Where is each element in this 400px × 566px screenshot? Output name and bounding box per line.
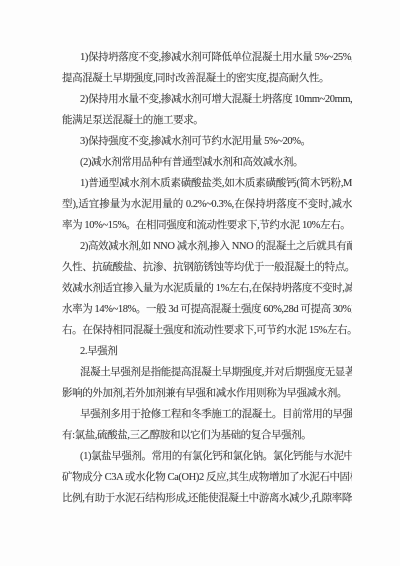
scanned-document-page: 1)保持坍落度不变,掺减水剂可降低单位混凝土用水量 5%~25%, 提高混凝土早…	[0, 0, 400, 566]
text-line: 2)保持用水量不变,掺减水剂可增大混凝土坍落度 10mm~20mm,	[62, 89, 352, 110]
paragraph: 2.早强剂	[62, 341, 352, 362]
text-line: 混凝土早强剂是指能提高混凝土早期强度,并对后期强度无显著	[62, 362, 352, 383]
text-line: 2)高效减水剂,如 NNO 减水剂,掺入 NNO 的混凝土之后就具有耐	[62, 236, 352, 257]
text-line: 1)保持坍落度不变,掺减水剂可降低单位混凝土用水量 5%~25%,	[62, 47, 352, 68]
text-line: 影响的外加剂,若外加剂兼有早强和减水作用则称为早强减水剂。	[62, 383, 352, 404]
text-line: 提高混凝土早期强度,同时改善混凝土的密实度,提高耐久性。	[62, 68, 352, 89]
text-line: 率为 10%~15%。在相同强度和流动性要求下,节约水泥 10%左右。	[62, 215, 352, 236]
text-line: (2)减水剂常用品种有普通型减水剂和高效减水剂。	[62, 152, 352, 173]
text-line: 水率为 14%~18%。一般 3d 可提高混凝土强度 60%,28d 可提高 3…	[62, 299, 352, 320]
paragraph: (1)氯盐早强剂。常用的有氯化钙和氯化钠。氯化钙能与水泥中 矿物成分 C3A 或…	[62, 446, 352, 509]
text-line: 效减水剂适宜掺入量为水泥质量的 1%左右,在保持坍落度不变时,减	[62, 278, 352, 299]
paragraph: 3)保持强度不变,掺减水剂可节约水泥用量 5%~20%。	[62, 131, 352, 152]
text-line: 有:氯盐,硫酸盐,三乙醇胺和以它们为基础的复合早强剂。	[62, 425, 352, 446]
paragraph: 早强剂多用于抢修工程和冬季施工的混凝土。目前常用的早强剂 有:氯盐,硫酸盐,三乙…	[62, 404, 352, 446]
text-line: 型),适宜掺量为水泥用量的 0.2%~0.3%,在保持坍落度不变时,减水	[62, 194, 352, 215]
text-line: 能满足泵送混凝土的施工要求。	[62, 110, 352, 131]
paragraph: (2)减水剂常用品种有普通型减水剂和高效减水剂。	[62, 152, 352, 173]
paragraph: 混凝土早强剂是指能提高混凝土早期强度,并对后期强度无显著 影响的外加剂,若外加剂…	[62, 362, 352, 404]
text-line: 早强剂多用于抢修工程和冬季施工的混凝土。目前常用的早强剂	[62, 404, 352, 425]
text-line: 3)保持强度不变,掺减水剂可节约水泥用量 5%~20%。	[62, 131, 352, 152]
paragraph: 1)普通型减水剂木质素磺酸盐类,如木质素磺酸钙(简木钙粉,M 型),适宜掺量为水…	[62, 173, 352, 236]
text-line: 1)普通型减水剂木质素磺酸盐类,如木质素磺酸钙(简木钙粉,M	[62, 173, 352, 194]
text-line: 比例,有助于水泥石结构形成,还能使混凝土中游离水减少,孔隙率降	[62, 488, 352, 509]
paragraph: 2)高效减水剂,如 NNO 减水剂,掺入 NNO 的混凝土之后就具有耐 久性、抗…	[62, 236, 352, 341]
text-line: (1)氯盐早强剂。常用的有氯化钙和氯化钠。氯化钙能与水泥中	[62, 446, 352, 467]
section-heading: 2.早强剂	[62, 341, 352, 362]
paragraph: 1)保持坍落度不变,掺减水剂可降低单位混凝土用水量 5%~25%, 提高混凝土早…	[62, 47, 352, 89]
paragraph: 2)保持用水量不变,掺减水剂可增大混凝土坍落度 10mm~20mm, 能满足泵送…	[62, 89, 352, 131]
page-text-block: 1)保持坍落度不变,掺减水剂可降低单位混凝土用水量 5%~25%, 提高混凝土早…	[62, 47, 352, 509]
text-line: 矿物成分 C3A 或水化物 Ca(OH)2 反应,其生成物增加了水泥石中固相	[62, 467, 352, 488]
text-line: 久性、抗硫酸盐、抗渗、抗钢筋锈蚀等均优于一般混凝土的特点。高	[62, 257, 352, 278]
text-line: 右。在保持相同混凝土强度和流动性要求下,可节约水泥 15%左右。	[62, 320, 352, 341]
